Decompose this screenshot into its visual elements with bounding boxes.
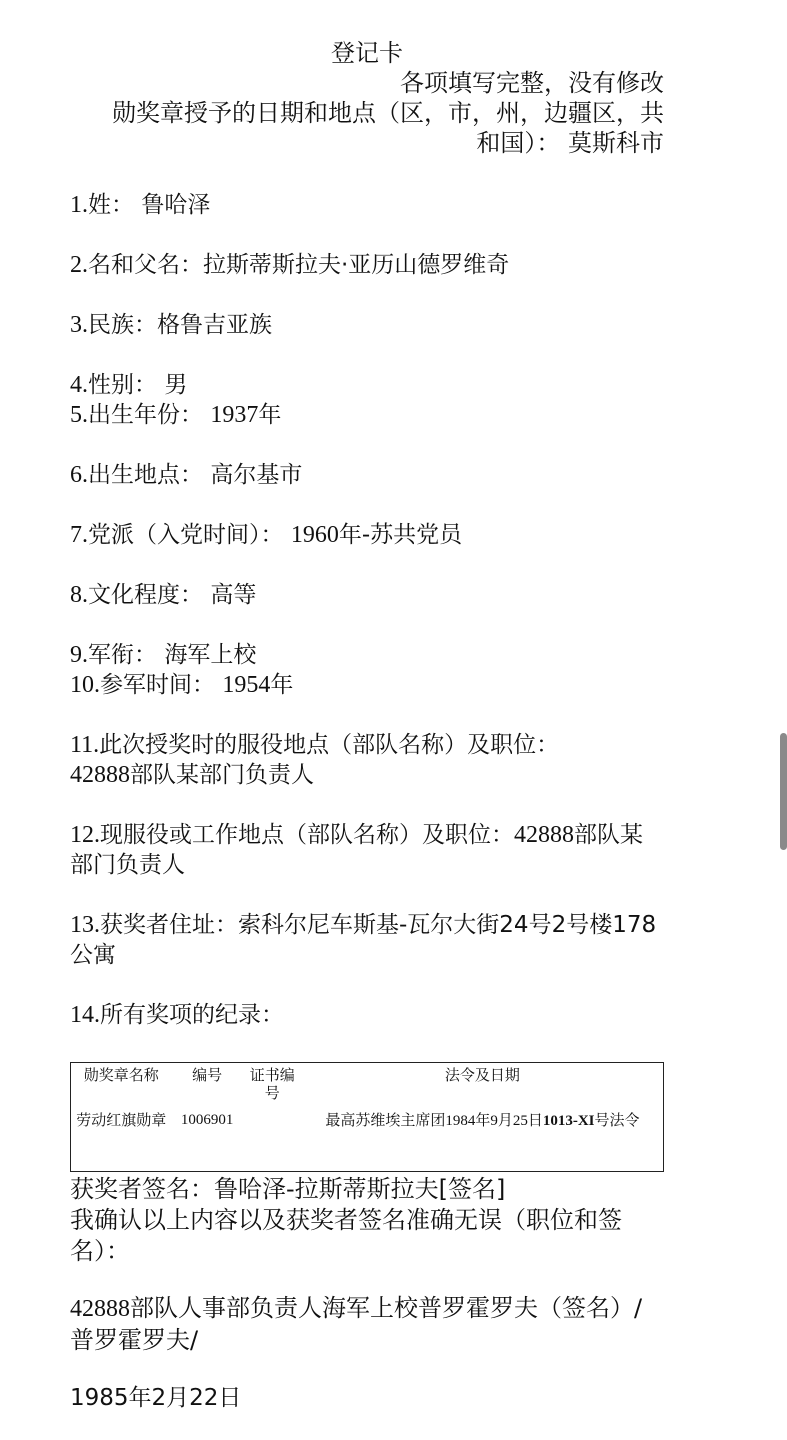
field-birth-place: 6.出生地点： 高尔基市 [70,460,664,490]
field-current-service: 12.现服役或工作地点（部队名称）及职位：42888部队某部门负责人 [70,820,664,880]
field-value: 高尔基市 [210,462,302,488]
field-value: 年 [258,402,281,428]
field-given-name: 2.名和父名：拉斯蒂斯拉夫·亚历山德罗维奇 [70,250,664,280]
field-education: 8.文化程度： 高等 [70,580,664,610]
field-label: 出生年份： [88,402,203,428]
field-value: 年-苏共党员 [339,522,462,548]
recipient-signature: 获奖者签名：鲁哈泽-拉斯蒂斯拉夫[签名] [70,1174,664,1205]
field-label: 军衔： [88,642,157,668]
field-value: 鲁哈泽 [141,192,210,218]
field-label: 出生地点： [88,462,203,488]
field-enlistment: 10.参军时间： 1954年 [70,670,664,700]
field-label: 现服役或工作地点（部队名称）及职位： [100,822,514,848]
confirmation-statement: 我确认以上内容以及获奖者签名准确无误（职位和签名）： [70,1205,664,1267]
field-value-number: 42888 [514,822,574,848]
field-surname: 1.姓： 鲁哈泽 [70,190,664,220]
field-value: 海军上校 [164,642,256,668]
decree-number: 1013-XI [543,1113,595,1129]
award-table: 勋奖章名称 编号 证书编号 法令及日期 劳动红旗勋章 1006901 最高苏维埃… [70,1062,664,1172]
award-place-label: 勋奖章授予的日期和地点（区，市，州，边疆区，共 [70,98,664,128]
field-address: 13.获奖者住址：索科尔尼车斯基-瓦尔大街24号2号楼178公寓 [70,910,664,970]
field-value-number: 1937 [210,402,258,428]
award-place-line: 和国）： 莫斯科市 [70,128,664,158]
cell-number: 1006901 [172,1108,243,1136]
field-value-number: 1954 [222,672,270,698]
field-value-number: 42888 [70,762,130,788]
field-label: 获奖者住址： [100,912,238,938]
field-label: 党派（入党时间）： [88,522,284,548]
field-value: 部队某部门负责人 [130,762,314,788]
officer-text: 部队人事部负责人海军上校普罗霍罗夫（签名）/ 普罗霍罗夫/ [70,1294,642,1354]
field-awards-record: 14.所有奖项的纪录： [70,1000,664,1030]
field-label: 此次授奖时的服役地点（部队名称）及职位： [99,732,559,758]
col-decree: 法令及日期 [302,1063,663,1108]
field-label: 参军时间： [100,672,215,698]
col-award-name: 勋奖章名称 [71,1063,172,1108]
field-rank: 9.军衔： 海军上校 [70,640,664,670]
field-party: 7.党派（入党时间）： 1960年-苏共党员 [70,520,664,550]
col-number: 编号 [172,1063,243,1108]
field-label: 民族： [88,312,157,338]
field-birth-year: 5.出生年份： 1937年 [70,400,664,430]
field-value: 格鲁吉亚族 [157,312,272,338]
award-place-value: 莫斯科市 [568,129,664,157]
table-header-row: 勋奖章名称 编号 证书编号 法令及日期 [71,1063,663,1108]
field-ethnicity: 3.民族：格鲁吉亚族 [70,310,664,340]
col-certificate: 证书编号 [243,1063,302,1108]
award-place-label-cont: 和国）： [476,129,560,157]
field-value: 男 [164,372,187,398]
field-value: 高等 [210,582,256,608]
card-title: 登记卡 [70,38,664,68]
field-label: 名和父名： [88,252,203,278]
field-value-number: 1960 [291,522,339,548]
completeness-note: 各项填写完整，没有修改 [70,68,664,98]
registration-card-header: 登记卡 各项填写完整，没有修改 勋奖章授予的日期和地点（区，市，州，边疆区，共 … [70,38,664,158]
signature-date: 1985年2月22日 [70,1383,664,1413]
field-label: 姓： [88,192,134,218]
field-value: 拉斯蒂斯拉夫·亚历山德罗维奇 [203,252,509,278]
vertical-scrollbar[interactable] [780,733,787,850]
field-value: 年 [270,672,293,698]
unit-number: 42888 [70,1296,130,1322]
field-label: 性别： [88,372,157,398]
cell-award-name: 劳动红旗勋章 [71,1108,172,1136]
field-label: 所有奖项的纪录： [100,1002,284,1028]
field-service-at-award: 11.此次授奖时的服役地点（部队名称）及职位：42888部队某部门负责人 [70,730,664,790]
cell-decree: 最高苏维埃主席团1984年9月25日1013-XI号法令 [302,1108,663,1136]
officer-signature: 42888部队人事部负责人海军上校普罗霍罗夫（签名）/ 普罗霍罗夫/ [70,1293,664,1356]
field-gender: 4.性别： 男 [70,370,664,400]
cell-certificate [243,1108,302,1136]
table-row: 劳动红旗勋章 1006901 最高苏维埃主席团1984年9月25日1013-XI… [71,1108,663,1136]
field-label: 文化程度： [88,582,203,608]
